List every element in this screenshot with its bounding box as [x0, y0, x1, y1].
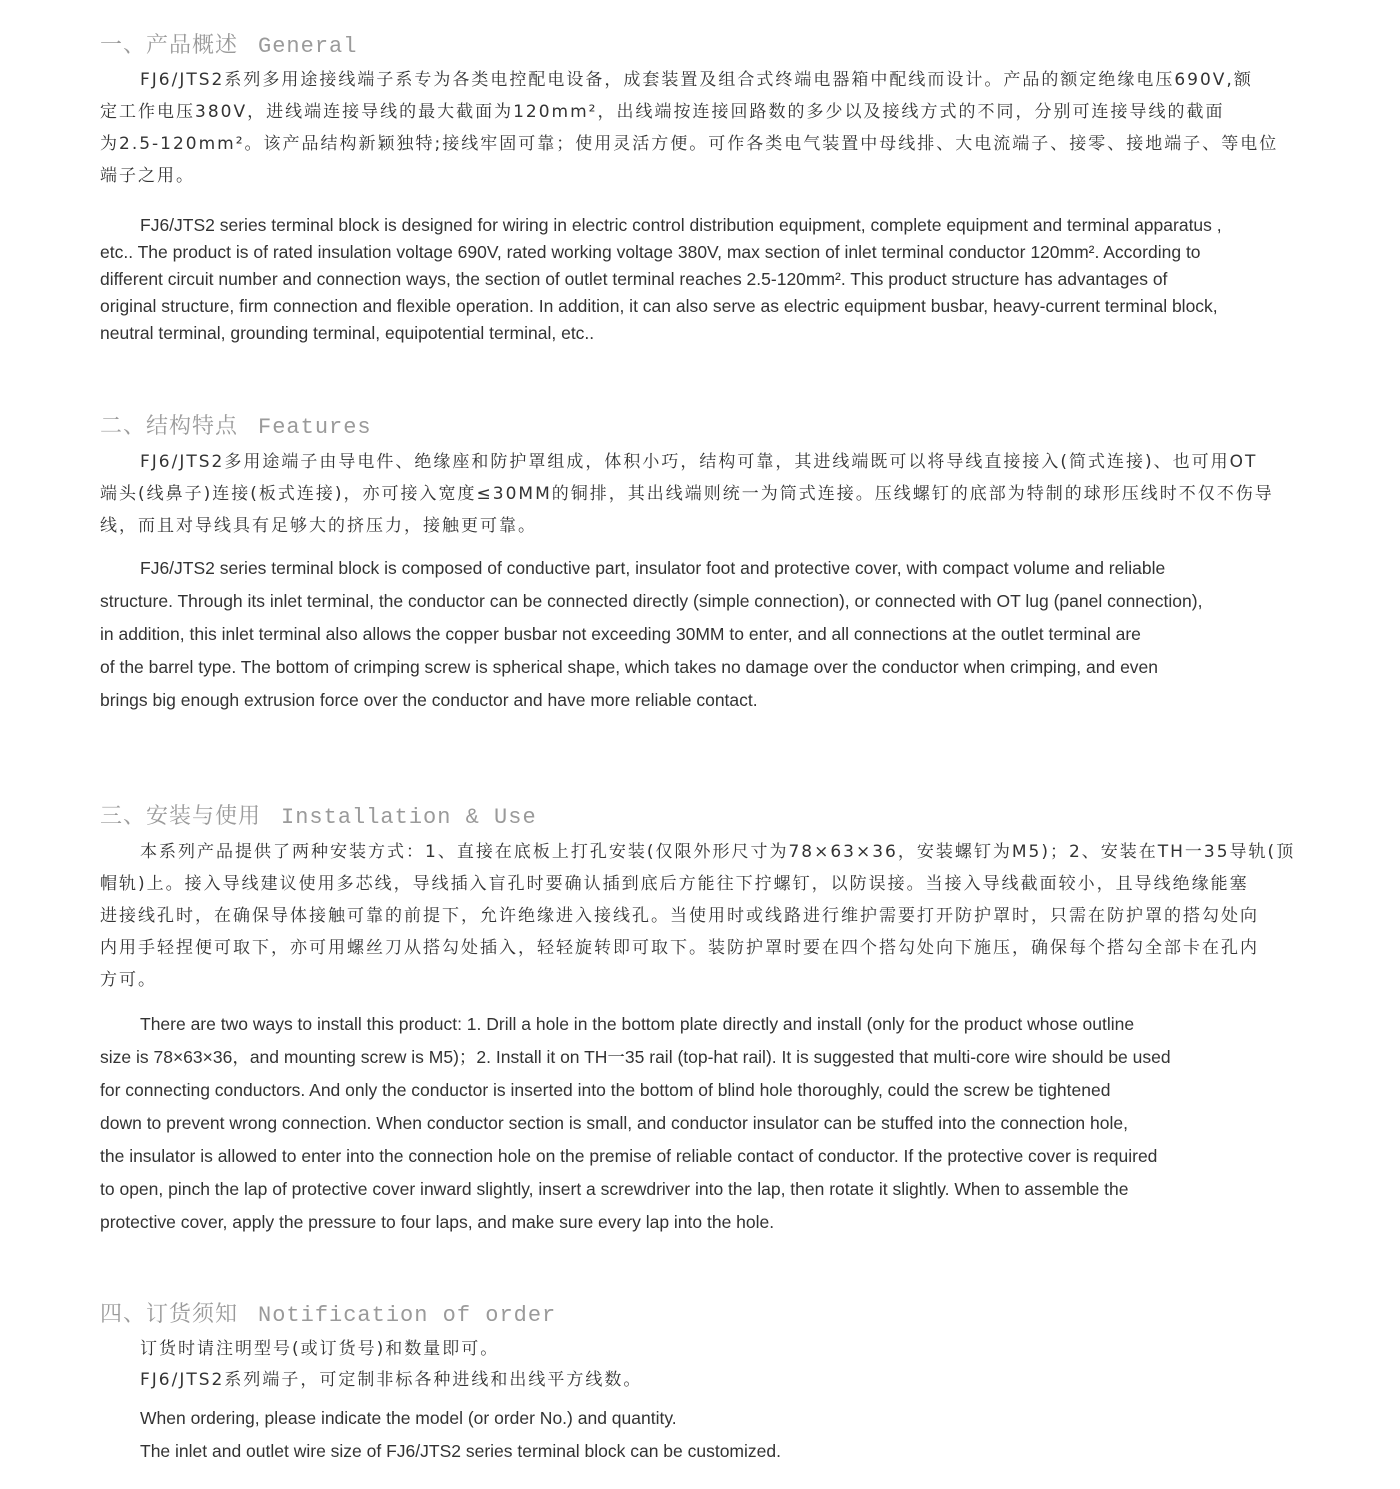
text-line: etc.. The product is of rated insulation…: [100, 239, 1395, 266]
text-line: 本系列产品提供了两种安装方式：1、直接在底板上打孔安装(仅限外形尺寸为78×63…: [100, 836, 1395, 868]
heading-cn: 三、安装与使用: [100, 804, 261, 829]
text-line: 端子之用。: [100, 160, 1395, 192]
text-line: original structure, firm connection and …: [100, 293, 1395, 320]
text-line: brings big enough extrusion force over t…: [100, 684, 1395, 717]
text-line: 订货时请注明型号(或订货号)和数量即可。: [140, 1334, 1340, 1365]
text-line: The inlet and outlet wire size of FJ6/JT…: [140, 1435, 1340, 1468]
text-line: the insulator is allowed to enter into t…: [100, 1140, 1395, 1173]
text-line: 定工作电压380V，进线端连接导线的最大截面为120mm²，出线端按连接回路数的…: [100, 96, 1395, 128]
text-line: FJ6/JTS2 series terminal block is compos…: [100, 552, 1395, 585]
text-line: 内用手轻捏便可取下，亦可用螺丝刀从搭勾处插入，轻轻旋转即可取下。装防护罩时要在四…: [100, 932, 1395, 964]
general-en-paragraph: FJ6/JTS2 series terminal block is design…: [100, 212, 1395, 347]
text-line: 帽轨)上。接入导线建议使用多芯线，导线插入盲孔时要确认插到底后方能往下拧螺钉，以…: [100, 868, 1395, 900]
order-cn-paragraph: 订货时请注明型号(或订货号)和数量即可。 FJ6/JTS2系列端子，可定制非标各…: [140, 1334, 1340, 1396]
text-line: 进接线孔时，在确保导体接触可靠的前提下，允许绝缘进入接线孔。当使用时或线路进行维…: [100, 900, 1395, 932]
heading-cn: 二、结构特点: [100, 414, 238, 439]
text-line: 为2.5-120mm²。该产品结构新颖独特;接线牢固可靠；使用灵活方便。可作各类…: [100, 128, 1395, 160]
heading-en: Installation & Use: [281, 805, 537, 830]
text-line: 线，而且对导线具有足够大的挤压力，接触更可靠。: [100, 510, 1395, 542]
heading-en: General: [258, 34, 357, 59]
section-heading-features: 二、结构特点Features: [100, 409, 372, 440]
heading-en: Features: [258, 415, 372, 440]
text-line: size is 78×63×36，and mounting screw is M…: [100, 1041, 1395, 1074]
installation-en-paragraph: There are two ways to install this produ…: [100, 1008, 1395, 1239]
heading-en: Notification of order: [258, 1303, 556, 1328]
text-line: to open, pinch the lap of protective cov…: [100, 1173, 1395, 1206]
text-line: down to prevent wrong connection. When c…: [100, 1107, 1395, 1140]
text-line: There are two ways to install this produ…: [100, 1008, 1395, 1041]
text-line: 端头(线鼻子)连接(板式连接)，亦可接入宽度≤30MM的铜排，其出线端则统一为筒…: [100, 478, 1395, 510]
text-line: FJ6/JTS2多用途端子由导电件、绝缘座和防护罩组成，体积小巧，结构可靠，其进…: [100, 446, 1395, 478]
section-heading-installation: 三、安装与使用Installation & Use: [100, 799, 537, 830]
features-cn-paragraph: FJ6/JTS2多用途端子由导电件、绝缘座和防护罩组成，体积小巧，结构可靠，其进…: [100, 446, 1395, 542]
section-heading-general: 一、产品概述General: [100, 28, 357, 59]
text-line: When ordering, please indicate the model…: [140, 1402, 1340, 1435]
general-cn-paragraph: FJ6/JTS2系列多用途接线端子系专为各类电控配电设备，成套装置及组合式终端电…: [100, 64, 1395, 192]
text-line: FJ6/JTS2系列多用途接线端子系专为各类电控配电设备，成套装置及组合式终端电…: [100, 64, 1395, 96]
text-line: 方可。: [100, 964, 1395, 996]
installation-cn-paragraph: 本系列产品提供了两种安装方式：1、直接在底板上打孔安装(仅限外形尺寸为78×63…: [100, 836, 1395, 996]
heading-cn: 四、订货须知: [100, 1302, 238, 1327]
text-line: structure. Through its inlet terminal, t…: [100, 585, 1395, 618]
text-line: different circuit number and connection …: [100, 266, 1395, 293]
text-line: in addition, this inlet terminal also al…: [100, 618, 1395, 651]
text-line: of the barrel type. The bottom of crimpi…: [100, 651, 1395, 684]
text-line: protective cover, apply the pressure to …: [100, 1206, 1395, 1239]
text-line: FJ6/JTS2系列端子，可定制非标各种进线和出线平方线数。: [140, 1365, 1340, 1396]
text-line: for connecting conductors. And only the …: [100, 1074, 1395, 1107]
text-line: FJ6/JTS2 series terminal block is design…: [100, 212, 1395, 239]
text-line: neutral terminal, grounding terminal, eq…: [100, 320, 1395, 347]
heading-cn: 一、产品概述: [100, 33, 238, 58]
order-en-paragraph: When ordering, please indicate the model…: [140, 1402, 1340, 1468]
features-en-paragraph: FJ6/JTS2 series terminal block is compos…: [100, 552, 1395, 717]
section-heading-order: 四、订货须知Notification of order: [100, 1297, 556, 1328]
